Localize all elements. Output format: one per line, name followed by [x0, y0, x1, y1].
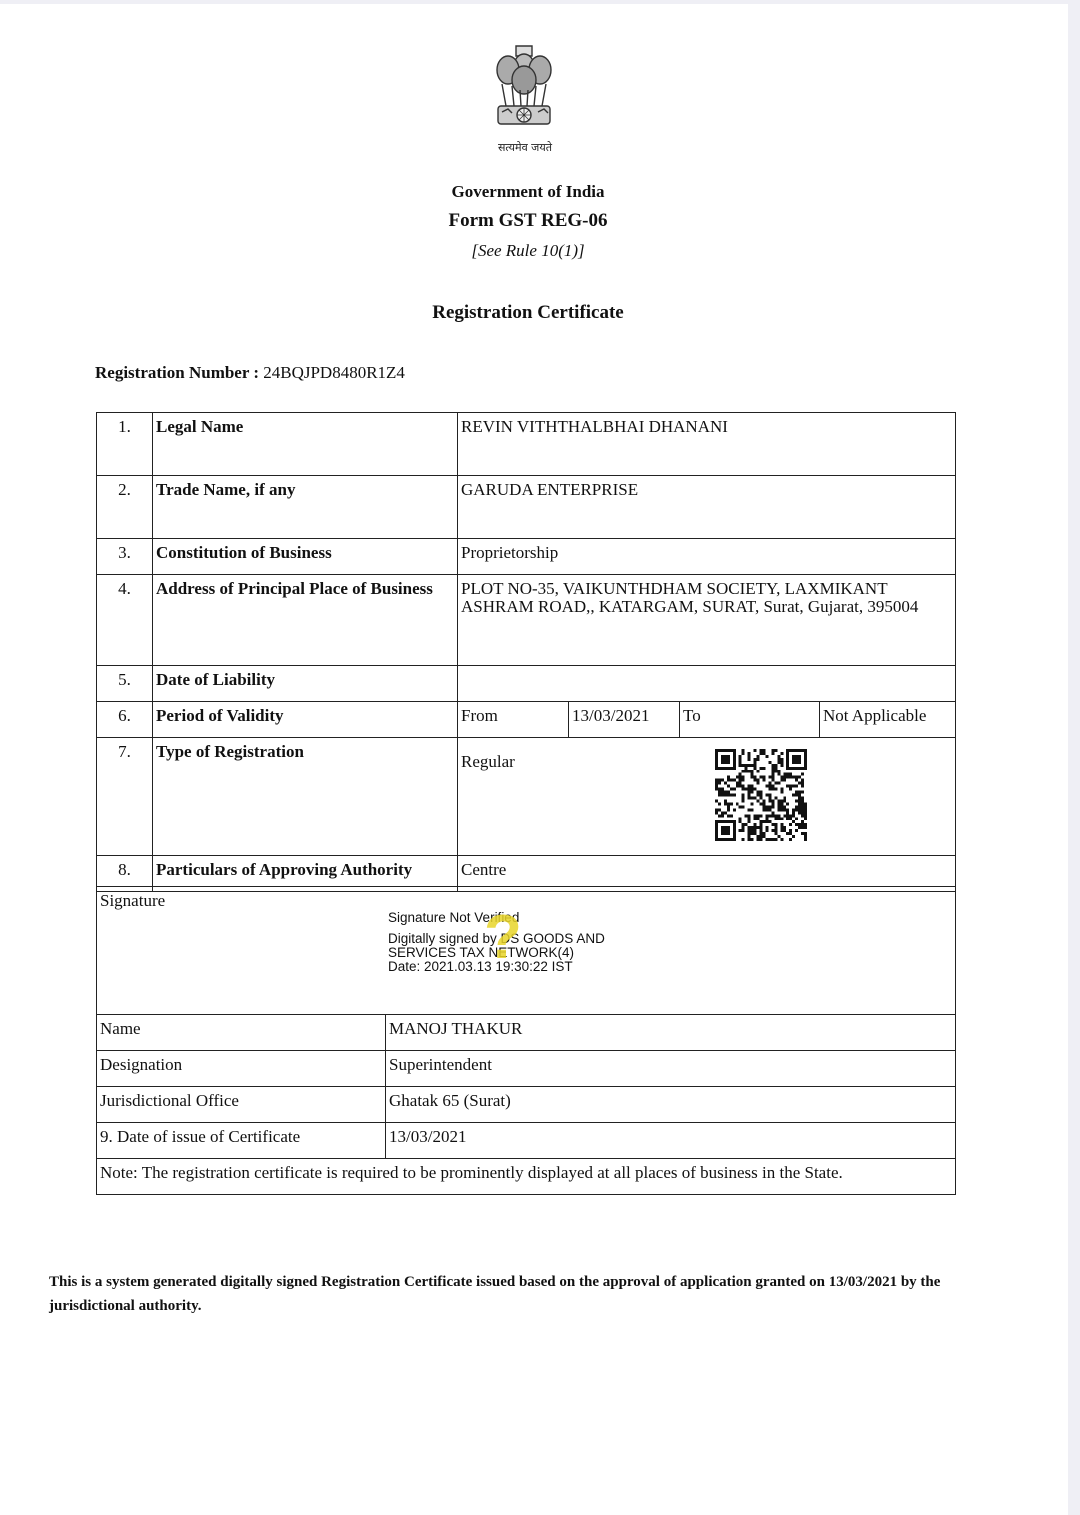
row-number: 7. — [97, 738, 153, 856]
row-label: Period of Validity — [153, 702, 458, 738]
jurisdictional-office-label: Jurisdictional Office — [97, 1087, 386, 1123]
issue-date-value: 13/03/2021 — [386, 1123, 956, 1159]
designation-label: Designation — [97, 1051, 386, 1087]
display-note: Note: The registration certificate is re… — [97, 1159, 956, 1195]
row-label: Date of Liability — [153, 666, 458, 702]
table-row: 1. Legal Name REVIN VITHTHALBHAI DHANANI — [97, 413, 956, 476]
table-row: 3. Constitution of Business Proprietorsh… — [97, 539, 956, 575]
registration-details-table: 1. Legal Name REVIN VITHTHALBHAI DHANANI… — [96, 412, 956, 892]
row-label: Trade Name, if any — [153, 476, 458, 539]
constitution-value: Proprietorship — [458, 539, 956, 575]
trade-name-value: GARUDA ENTERPRISE — [458, 476, 956, 539]
digital-signature-block: ? Signature Not Verified Digitally signe… — [388, 911, 605, 974]
validity-to-label: To — [680, 702, 820, 738]
row-number: 2. — [97, 476, 153, 539]
signature-table: Signature ? Signature Not Verified Digit… — [96, 886, 956, 1195]
qr-code-icon — [715, 749, 807, 841]
registration-type-value: Regular — [458, 738, 956, 856]
table-row: 4. Address of Principal Place of Busines… — [97, 575, 956, 666]
validity-from-value: 13/03/2021 — [569, 702, 680, 738]
row-number: 6. — [97, 702, 153, 738]
table-row: Name MANOJ THAKUR — [97, 1015, 956, 1051]
row-number: 1. — [97, 413, 153, 476]
national-emblem-icon — [488, 40, 560, 136]
table-row: 5. Date of Liability — [97, 666, 956, 702]
table-row: Designation Superintendent — [97, 1051, 956, 1087]
validity-from-label: From — [458, 702, 569, 738]
registration-number-value: 24BQJPD8480R1Z4 — [263, 363, 405, 382]
row-label: Legal Name — [153, 413, 458, 476]
certificate-page: सत्यमेव जयते Government of India Form GS… — [0, 4, 1068, 1515]
row-number: 3. — [97, 539, 153, 575]
jurisdictional-office-value: Ghatak 65 (Surat) — [386, 1087, 956, 1123]
emblem-motto: सत्यमेव जयते — [470, 140, 580, 155]
designation-value: Superintendent — [386, 1051, 956, 1087]
validity-to-value: Not Applicable — [820, 702, 956, 738]
system-generated-footer: This is a system generated digitally sig… — [49, 1270, 1029, 1318]
authority-name-label: Name — [97, 1015, 386, 1051]
government-heading: Government of India — [0, 182, 1056, 202]
row-label: Type of Registration — [153, 738, 458, 856]
registration-number-label: Registration Number : — [95, 363, 259, 382]
rule-reference: [See Rule 10(1)] — [0, 241, 1056, 261]
table-row: Note: The registration certificate is re… — [97, 1159, 956, 1195]
certificate-title: Registration Certificate — [0, 302, 1056, 324]
question-mark-icon: ? — [484, 907, 522, 969]
registration-number: Registration Number : 24BQJPD8480R1Z4 — [95, 363, 405, 383]
table-row: 9. Date of issue of Certificate 13/03/20… — [97, 1123, 956, 1159]
row-number: 4. — [97, 575, 153, 666]
signature-cell: Signature ? Signature Not Verified Digit… — [97, 887, 956, 1015]
legal-name-value: REVIN VITHTHALBHAI DHANANI — [458, 413, 956, 476]
address-value: PLOT NO-35, VAIKUNTHDHAM SOCIETY, LAXMIK… — [458, 575, 956, 666]
table-row: 2. Trade Name, if any GARUDA ENTERPRISE — [97, 476, 956, 539]
row-label: Constitution of Business — [153, 539, 458, 575]
signature-label: Signature — [100, 891, 165, 910]
form-heading: Form GST REG-06 — [0, 210, 1056, 232]
issue-date-label: 9. Date of issue of Certificate — [97, 1123, 386, 1159]
table-row: Jurisdictional Office Ghatak 65 (Surat) — [97, 1087, 956, 1123]
row-label: Address of Principal Place of Business — [153, 575, 458, 666]
row-number: 5. — [97, 666, 153, 702]
date-of-liability-value — [458, 666, 956, 702]
table-row: 7. Type of Registration Regular — [97, 738, 956, 856]
table-row: 6. Period of Validity From 13/03/2021 To… — [97, 702, 956, 738]
authority-name-value: MANOJ THAKUR — [386, 1015, 956, 1051]
